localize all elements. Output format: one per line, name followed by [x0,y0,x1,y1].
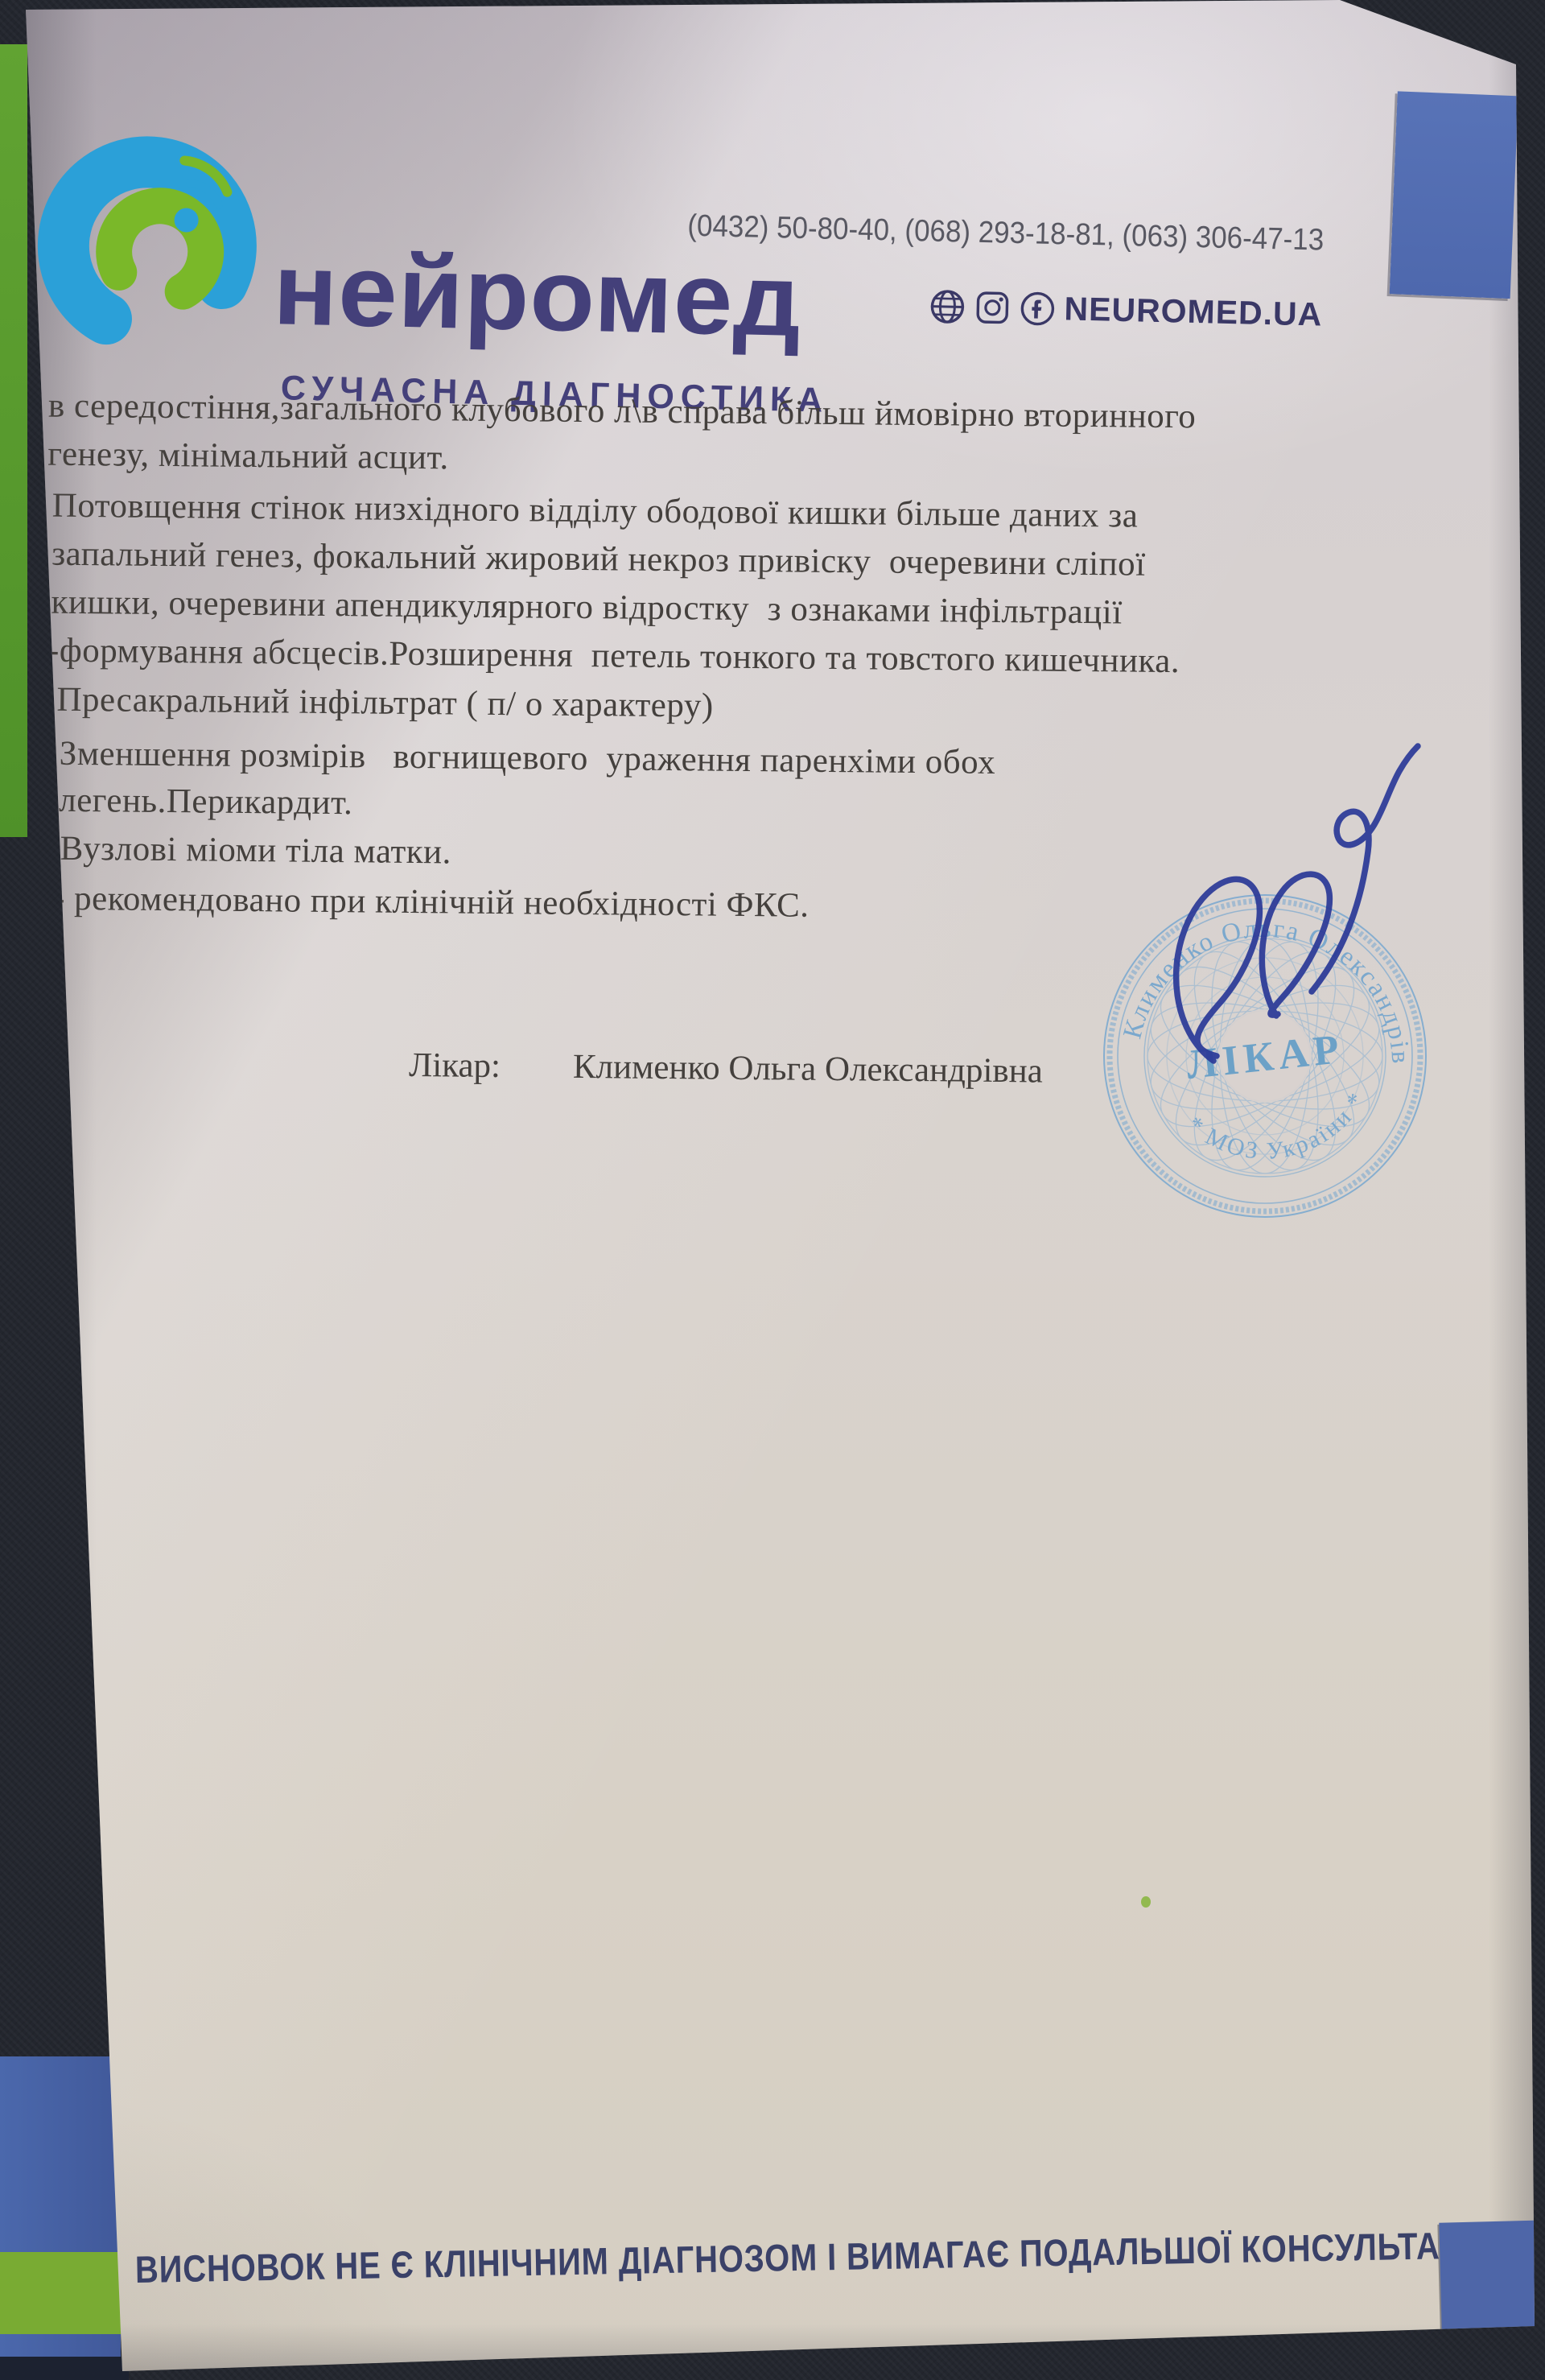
table-shadow-bottom-left [0,2357,129,2380]
paper-bottom-shadow [0,2324,1545,2380]
report-line: запальний генез, фокальний жировий некро… [51,534,1146,584]
photo-of-medical-report: нейромед СУЧАСНА ДІАГНОСТИКА (0432) 50-8… [0,0,1545,2380]
doctor-signature [1070,724,1473,1143]
doctor-label: Лікар: [409,1046,501,1085]
letterhead-blue-square-bottom-right [1439,2220,1545,2329]
footer-disclaimer: ВИСНОВОК НЕ Є КЛІНІЧНИМ ДІАГНОЗОМ І ВИМА… [134,2217,1545,2291]
report-line: генезу, мінімальний асцит. [47,435,449,478]
report-line: - рекомендовано при клінічній необхіднос… [53,879,810,926]
paper-speck [1141,1896,1151,1908]
doctor-name: Клименко Ольга Олександрівна [573,1048,1043,1091]
report-line: Вузлові міоми тіла матки. [60,829,451,872]
report-line: Потовщення стінок низхідного відділу обо… [52,486,1139,536]
report-line: легень.Перикардит. [59,781,353,823]
report-line: Пресакральний інфільтрат ( п/ о характер… [56,680,714,726]
folder-green-strip-left [0,44,27,837]
report-line: Зменшення розмірів вогнищевого ураження … [60,734,996,782]
folder-green-stripe-bottom-left [0,2252,121,2334]
doctor-line: Лікар:Клименко Ольга Олександрівна [339,1005,1043,1130]
report-paper-sheet: нейромед СУЧАСНА ДІАГНОСТИКА (0432) 50-8… [0,0,1545,2380]
report-line: кишки, очеревини апендикулярного відрост… [51,583,1123,633]
report-line: -формування абсцесів.Розширення петель т… [47,631,1180,682]
report-line: в середостіння,загального клубового л\в … [48,386,1197,437]
